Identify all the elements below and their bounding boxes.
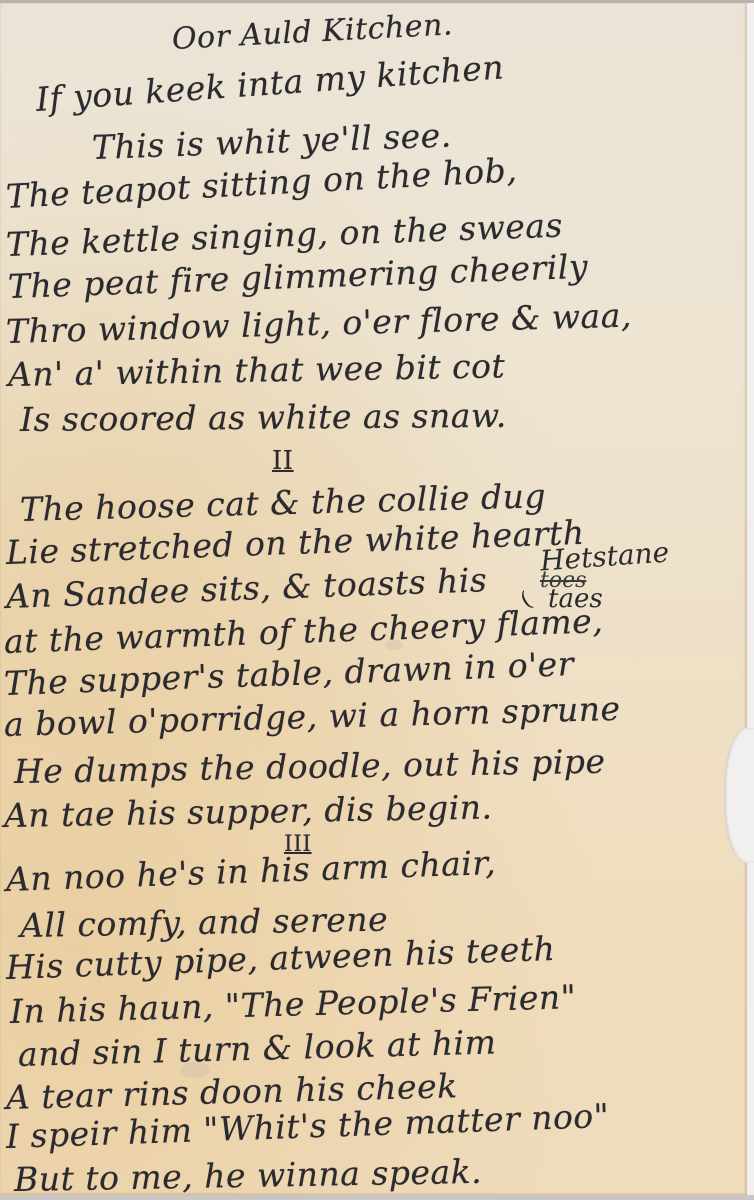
poem-line: If you keek inta my kitchen (35, 47, 506, 119)
poem-line: But to me, he winna speak. (14, 1152, 483, 1199)
poem-line: An noo he's in his arm chair, (5, 843, 496, 899)
poem-title: Oor Auld Kitchen. (171, 7, 454, 57)
stanza-numeral: II (272, 446, 294, 476)
poem-line: Thro window light, o'er flore & waa, (5, 296, 632, 351)
poem-line: An' a' within that wee bit cot (8, 346, 506, 394)
handwritten-poem: Oor Auld Kitchen. If you keek inta my ki… (0, 0, 747, 1195)
poem-line: An tae his supper, dis begin. (4, 787, 493, 835)
poem-line: He dumps the doodle, out his pipe (14, 742, 606, 791)
poem-line: Is scoored as white as snaw. (20, 396, 507, 439)
